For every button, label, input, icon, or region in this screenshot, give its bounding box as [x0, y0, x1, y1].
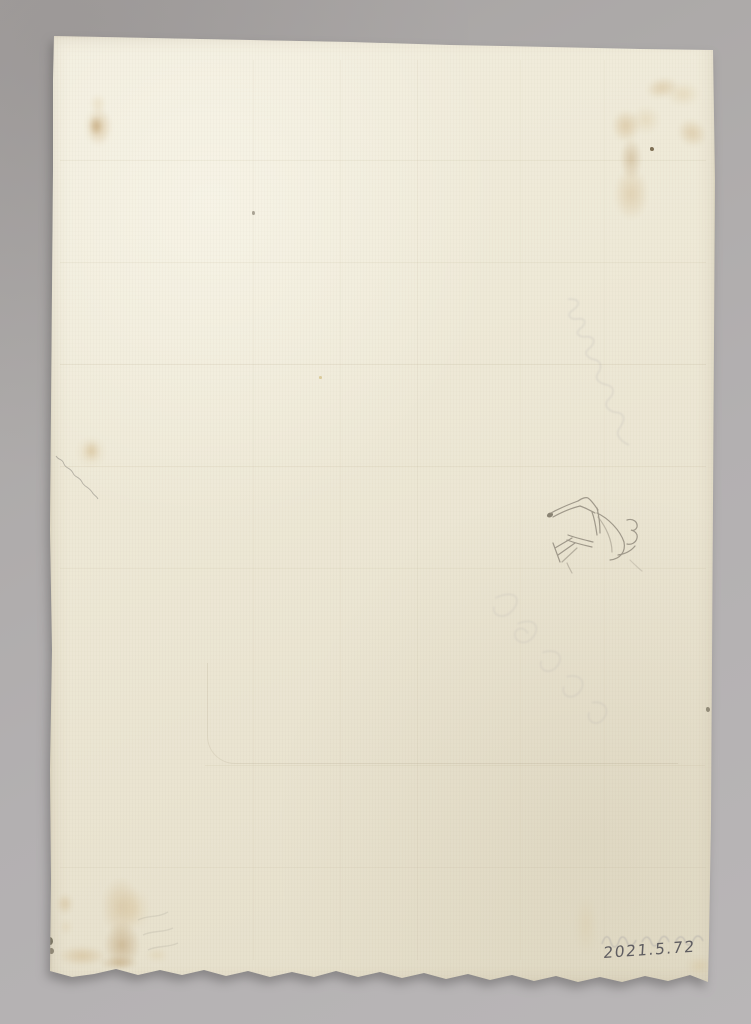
showthrough-line [60, 160, 706, 161]
showthrough-line [253, 60, 254, 960]
paper-speck [706, 707, 710, 712]
foxing-stain [57, 894, 73, 914]
foxing-stain [632, 106, 660, 134]
paper-speck [650, 147, 654, 151]
foxing-stain [686, 956, 712, 976]
paper-sheet: 2021.5.72 [0, 0, 751, 1024]
paper-speck [319, 376, 322, 379]
foxing-stain [60, 920, 72, 934]
showthrough-line [417, 60, 418, 960]
foxing-stain [58, 946, 106, 966]
showthrough-line [60, 466, 706, 467]
paper-speck [252, 211, 255, 215]
showthrough-line [60, 262, 706, 263]
showthrough-line [520, 60, 521, 960]
foxing-stain [575, 895, 597, 955]
foxing-stain [666, 82, 700, 106]
foxing-stain [89, 116, 103, 136]
showthrough-line [340, 60, 341, 960]
pencil-figure-sketch [528, 480, 668, 584]
photo-backdrop: 2021.5.72 [0, 0, 751, 1024]
showthrough-line [205, 765, 705, 766]
showthrough-scribble [128, 900, 198, 965]
pencil-squiggle-mark [48, 450, 108, 506]
showthrough-line [60, 867, 706, 868]
